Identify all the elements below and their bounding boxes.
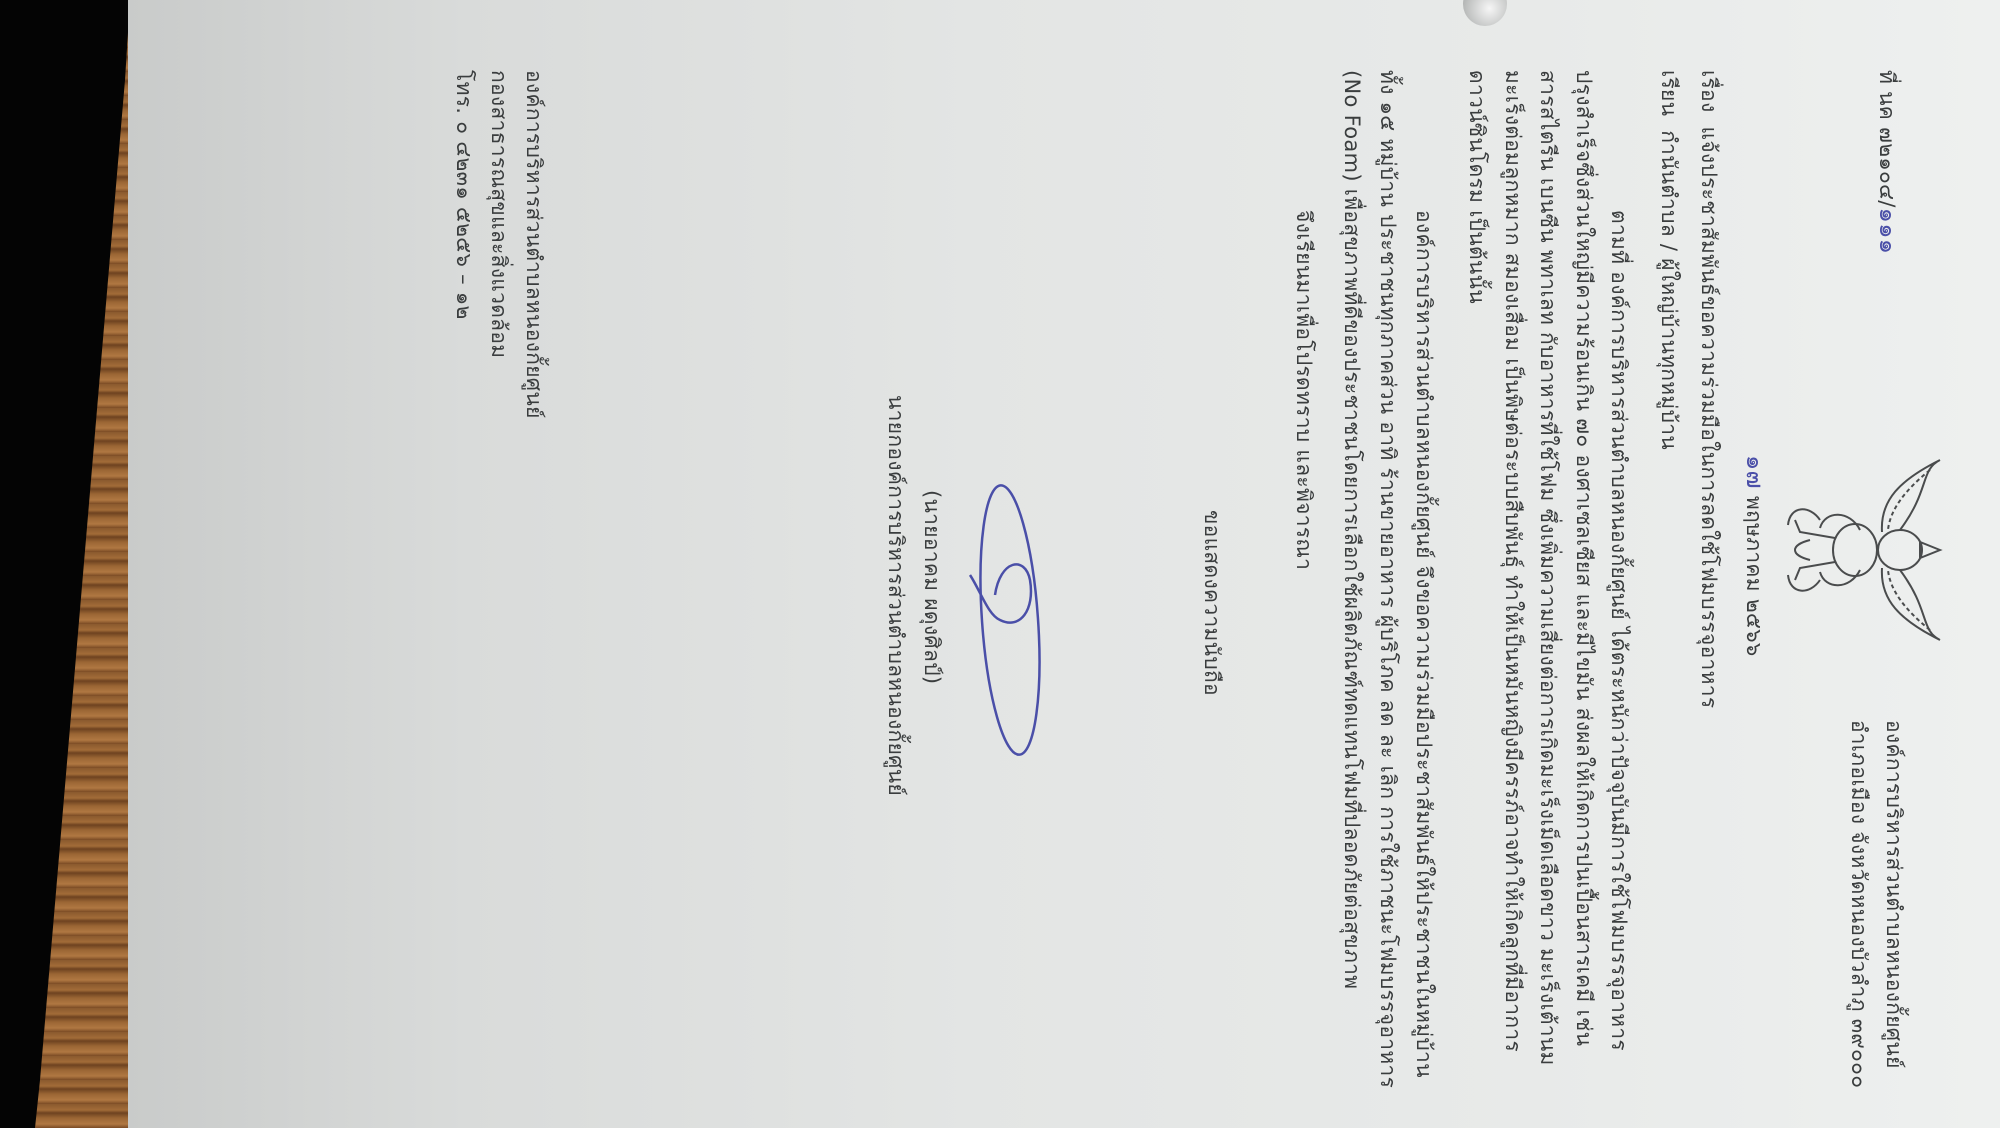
subject-line: เรื่อง แจ้งประชาสัมพันธ์ขอความร่วมมือในก… — [1692, 70, 1725, 708]
signer-name: (นายอาคม ผดุงศิลป์) — [915, 490, 948, 684]
subject-text: แจ้งประชาสัมพันธ์ขอความร่วมมือในการลดใช้… — [1697, 126, 1721, 708]
sender-address: อำเภอเมือง จังหวัดหนองบัวลำภู ๓๙๐๐๐ — [1842, 720, 1875, 1088]
body-line-5: ดาวน์ซินโดรม เป็นต้นนั้น — [1460, 70, 1493, 304]
letter-paper: ที่ นค ๗๒๑๐๔/๑๑๑ องค์การบริหารส่วนตำบลหน… — [128, 0, 2000, 1128]
footer-division: กองสาธารณสุขและสิ่งแวดล้อม — [482, 70, 515, 358]
body-line-3: สารสไตรีน เบนซีน พทาเลท กับอาหารที่ใช้โฟ… — [1531, 70, 1564, 1066]
date-month-year: พฤษภาคม ๒๕๖๖ — [1742, 496, 1766, 657]
footer-org: องค์การบริหารส่วนตำบลหนองกั้ยศูนย์ — [517, 70, 550, 419]
sender-org: องค์การบริหารส่วนตำบลหนองกั้ยศูนย์ — [1877, 720, 1910, 1069]
reference-handwritten: ๑๑๑ — [1874, 208, 1902, 255]
date-day-handwritten: ๑๗ — [1741, 455, 1769, 489]
body-line-6: องค์การบริหารส่วนตำบลหนองกั้ยศูนย์ จึงขอ… — [1407, 210, 1440, 1078]
letter-date: ๑๗ พฤษภาคม ๒๕๖๖ — [1736, 455, 1775, 656]
signer-title: นายกองค์การบริหารส่วนตำบลหนองกั้ยศูนย์ — [879, 395, 912, 796]
body-line-4: มะเร็งต่อมลูกหมาก สมองเสื่อม เป็นพิษต่อร… — [1496, 70, 1529, 1052]
footer-phone: โทร. ๐ ๔๒๓๑ ๕๒๕๖ – ๑๒ — [447, 70, 480, 320]
closing: ขอแสดงความนับถือ — [1195, 510, 1228, 696]
body-line-8: (No Foam) เพื่อสุขภาพที่ดีของประชาชนโดยก… — [1335, 70, 1368, 989]
subject-label: เรื่อง — [1697, 70, 1721, 113]
recipient-label: เรียน — [1657, 70, 1681, 116]
recipient-text: กำนันตำบล / ผู้ใหญ่บ้านทุกหมู่บ้าน — [1657, 130, 1681, 450]
recipient-line: เรียน กำนันตำบล / ผู้ใหญ่บ้านทุกหมู่บ้าน — [1652, 70, 1685, 450]
body-line-7: ทั้ง ๑๕ หมู่บ้าน ประชาชนทุกภาคส่วน อาทิ … — [1371, 70, 1404, 1088]
letter-page: ที่ นค ๗๒๑๐๔/๑๑๑ องค์การบริหารส่วนตำบลหน… — [128, 0, 2000, 1128]
reference-prefix: ที่ นค ๗๒๑๐๔/ — [1875, 70, 1899, 208]
body-line-1: ตามที่ องค์การบริหารส่วนตำบลหนองกั้ยศูนย… — [1602, 210, 1635, 1051]
body-line-2: ปรุงสำเร็จซึ่งส่วนใหญ่มีความร้อนเกิน ๗๐ … — [1567, 70, 1600, 1046]
garuda-emblem-icon — [1780, 450, 1960, 650]
handwritten-signature-icon — [950, 480, 1070, 760]
body-line-9: จึงเรียนมาเพื่อโปรดทราบ และพิจารณา — [1287, 210, 1320, 570]
reference-number: ที่ นค ๗๒๑๐๔/๑๑๑ — [1869, 70, 1908, 254]
